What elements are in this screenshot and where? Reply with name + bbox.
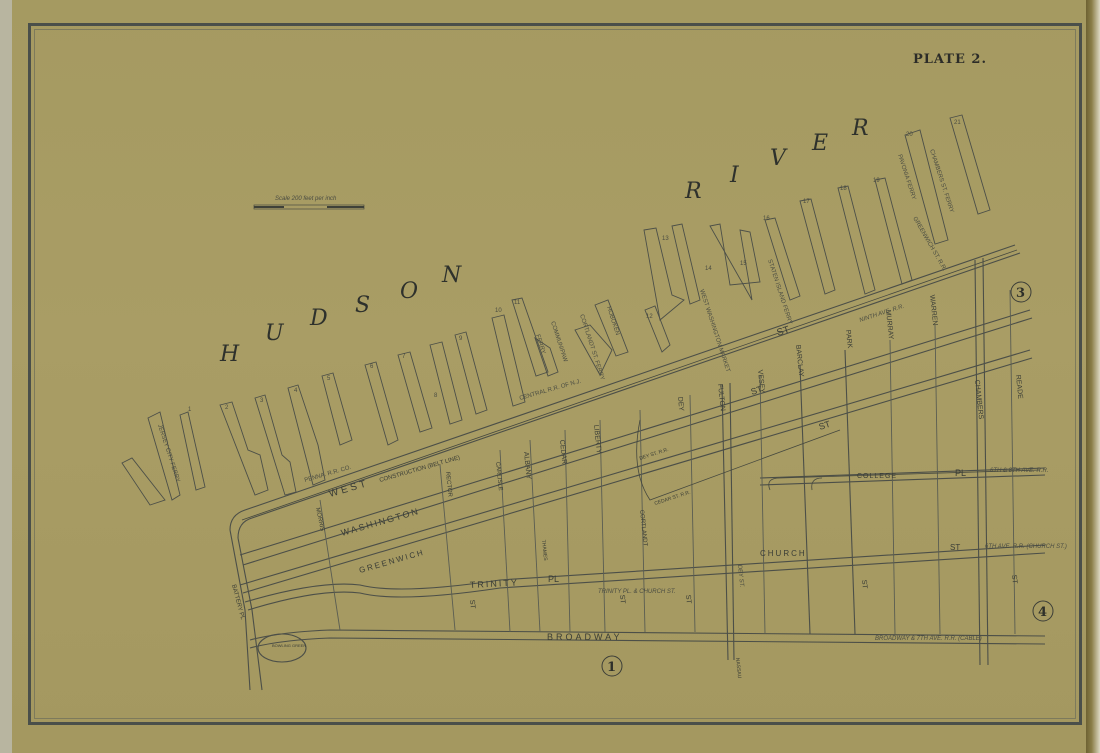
letter-r1: R xyxy=(684,179,702,204)
svg-text:CENTRAL R.R. OF N.J.: CENTRAL R.R. OF N.J. xyxy=(519,378,582,401)
railroad-labels: 6TH & 8TH AVE. R.R. BROADWAY & 7TH AVE. … xyxy=(598,304,1067,642)
letter-o: O xyxy=(400,279,418,304)
rr-6th-8th-ave: 6TH & 8TH AVE. R.R. xyxy=(990,468,1048,474)
svg-text:WEST WASHINGTON MARKET: WEST WASHINGTON MARKET xyxy=(698,289,731,373)
letter-h: H xyxy=(219,342,240,367)
street-broadway: BROADWAY xyxy=(547,632,623,642)
letter-n: N xyxy=(441,263,462,288)
svg-text:4: 4 xyxy=(1038,605,1047,620)
pier-number: 2 xyxy=(225,405,229,411)
pier-number: 1 xyxy=(188,407,192,413)
cedar-st-rr: CEDAR ST. R.R. xyxy=(654,490,692,507)
street-st-label: ST xyxy=(468,599,476,609)
svg-text:JERSEY CITY FERRY: JERSEY CITY FERRY xyxy=(156,424,180,483)
street-west: WEST xyxy=(328,478,370,500)
street-greenwich: GREENWICH xyxy=(358,548,426,575)
rr-6th-ave-church: 6TH AVE. R.R. (CHURCH ST.) xyxy=(985,544,1067,550)
street-st-label: ST xyxy=(684,594,692,604)
letter-i: I xyxy=(729,163,740,188)
street-greenwich-st: ST xyxy=(818,419,833,432)
svg-text:PAVONIA FERRY: PAVONIA FERRY xyxy=(896,154,916,201)
svg-text:3: 3 xyxy=(1016,286,1025,301)
pier-number: 13 xyxy=(662,236,669,242)
pier-number: 8 xyxy=(434,393,438,399)
pier-number: 4 xyxy=(294,388,298,394)
pier-number: 15 xyxy=(740,261,747,267)
pier-number: 17 xyxy=(803,199,810,205)
section-marker-1: 1 xyxy=(602,656,622,676)
pier-number: 9 xyxy=(459,336,463,342)
street-college-pl: PL xyxy=(955,468,966,478)
street-rector: RECTOR xyxy=(444,472,453,498)
svg-text:HOBOKEN: HOBOKEN xyxy=(605,306,620,336)
pier-number: 7 xyxy=(402,354,406,360)
rr-broadway-7th-ave: BROADWAY & 7TH AVE. R.R. (CABLE) xyxy=(875,636,982,642)
svg-text:STATEN ISLAND FERRY: STATEN ISLAND FERRY xyxy=(766,259,793,326)
street-cortlandt: CORTLANDT xyxy=(638,510,648,547)
street-college: COLLEGE xyxy=(857,473,897,480)
pier-number: 10 xyxy=(495,308,502,314)
street-morris: MORRIS xyxy=(314,507,325,532)
street-st-label: ST xyxy=(618,594,626,604)
rr-trinity-church: TRINITY PL. & CHURCH ST. xyxy=(598,589,676,595)
letter-s: S xyxy=(355,293,370,318)
street-warren: WARREN xyxy=(928,294,938,325)
svg-text:COMMUNIPAW: COMMUNIPAW xyxy=(549,321,568,363)
svg-text:FERRY: FERRY xyxy=(534,334,546,355)
street-nassau: NASSAU xyxy=(734,658,742,679)
street-west-st: ST xyxy=(776,324,792,338)
letter-v: V xyxy=(770,146,788,171)
letter-r2: R xyxy=(851,116,869,141)
street-albany: ALBANY xyxy=(522,451,532,480)
scale-bar: Scale 200 feet per inch xyxy=(254,196,364,209)
pier-number: 12 xyxy=(646,314,653,320)
svg-text:CORTLANDT ST. FERRY: CORTLANDT ST. FERRY xyxy=(578,314,605,381)
letter-u: U xyxy=(265,321,285,346)
street-st-label: ST xyxy=(1010,574,1018,584)
pier-number: 6 xyxy=(370,364,374,370)
river-name-hudson: H U D S O N xyxy=(219,263,462,367)
letter-d: D xyxy=(309,306,328,331)
street-barclay: BARCLAY xyxy=(794,344,804,377)
street-church: CHURCH xyxy=(760,549,807,558)
pier-number: 21 xyxy=(954,120,961,126)
scale-caption: Scale 200 feet per inch xyxy=(275,196,337,202)
street-park: PARK xyxy=(844,329,853,349)
pier-number: 11 xyxy=(514,300,521,306)
map-canvas[interactable]: Scale 200 feet per inch H U D S O N R I … xyxy=(0,0,1100,753)
pier-number: 19 xyxy=(873,178,880,184)
street-trinity: TRINITY xyxy=(470,577,519,590)
rr-dey-st: DEY ST. xyxy=(736,565,744,588)
svg-text:CHAMBERS ST. FERRY: CHAMBERS ST. FERRY xyxy=(928,149,954,214)
street-church-st: ST xyxy=(950,543,960,552)
street-reade: READE xyxy=(1014,374,1024,399)
pier-number: 20 xyxy=(906,132,913,138)
pier-number: 14 xyxy=(705,266,712,272)
street-trinity-pl: PL xyxy=(548,574,559,584)
section-marker-4: 4 xyxy=(1033,601,1053,621)
street-washington: WASHINGTON xyxy=(340,506,421,538)
street-grid xyxy=(230,245,1045,690)
pier-number: 16 xyxy=(763,216,770,222)
street-dey: DEY xyxy=(676,396,685,411)
street-cedar: CEDAR xyxy=(558,439,568,464)
street-chambers: CHAMBERS xyxy=(973,379,984,420)
street-st-label: ST xyxy=(860,579,868,589)
letter-e: E xyxy=(811,131,828,156)
dey-st-rr: DEY ST. R.R. xyxy=(639,447,670,462)
piers xyxy=(122,115,990,505)
street-thames: THAMES xyxy=(540,540,548,562)
pier-number: 5 xyxy=(327,376,331,382)
section-marker-3: 3 xyxy=(1011,282,1031,302)
pier-number: 18 xyxy=(840,186,847,192)
svg-text:1: 1 xyxy=(607,660,616,675)
pier-number: 3 xyxy=(260,398,264,404)
bowling-green: BOWLING GREEN xyxy=(272,643,306,648)
